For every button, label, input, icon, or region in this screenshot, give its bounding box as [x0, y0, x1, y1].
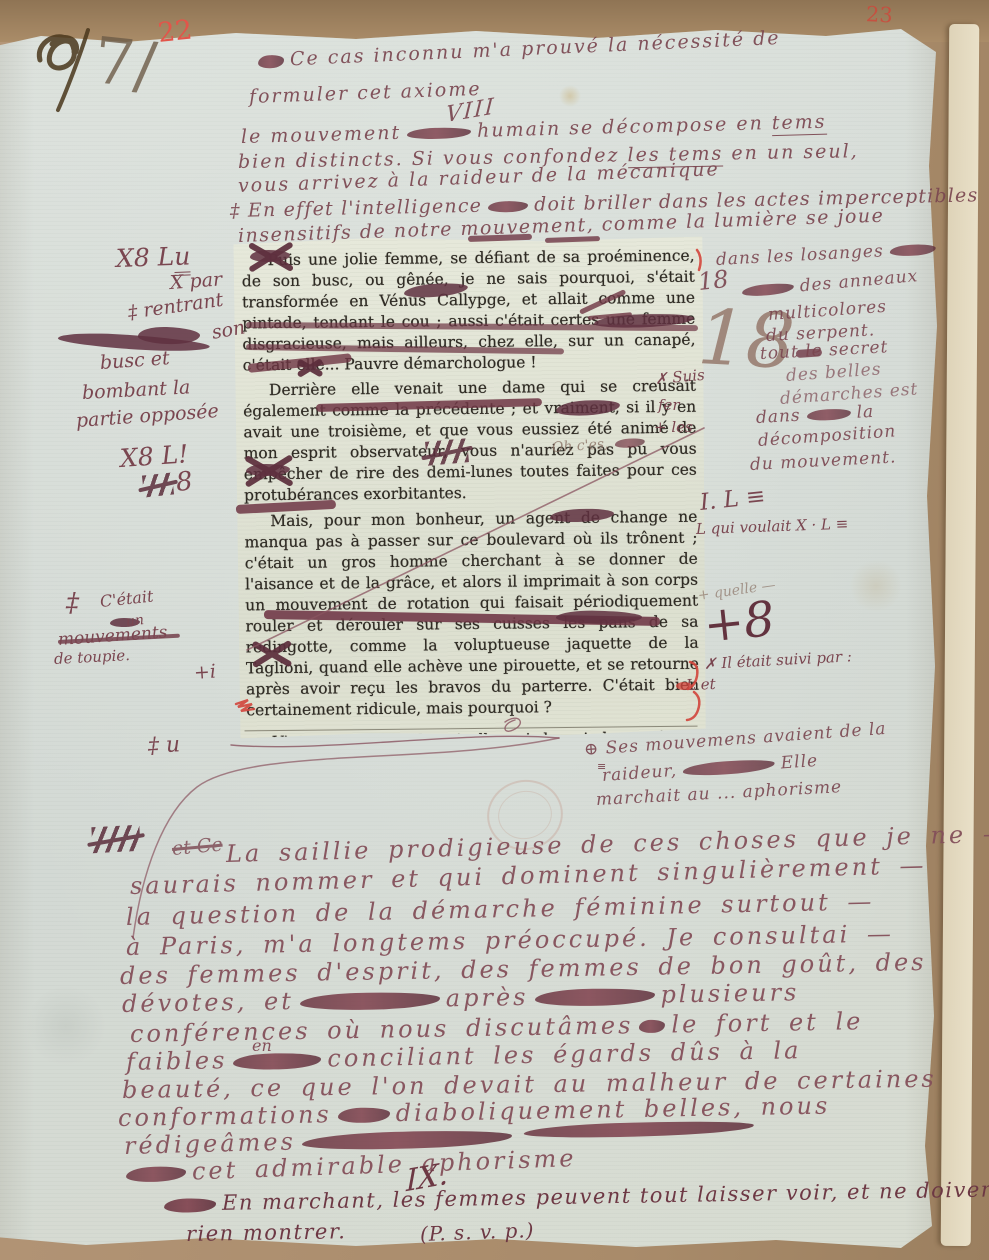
correction-x [250, 642, 294, 663]
correction-x [296, 356, 324, 376]
ink-blot [523, 1120, 753, 1140]
ink-blot [126, 1166, 186, 1183]
pencil-number: 7/ [90, 24, 160, 104]
insertion-mark [425, 438, 469, 466]
ink-blot [534, 988, 654, 1007]
handwritten-line: rien montrer. [186, 1219, 347, 1246]
proof-mark: 8 [174, 466, 194, 498]
struck-words: et Ce [171, 834, 223, 860]
ink-blot [806, 408, 851, 421]
ink-blot [488, 200, 528, 212]
folio-number-left: 22 [156, 14, 193, 48]
proof-mark: fer [658, 396, 680, 414]
proof-mark: +i [193, 660, 216, 683]
ink-blot [407, 126, 471, 139]
scanned-manuscript-page: 22 23 7/ Ce cas inconnu m'a prouvé la né… [0, 0, 989, 1260]
insertion-mark [142, 472, 174, 497]
ink-blot [742, 282, 795, 297]
ink-blot [683, 758, 776, 777]
ink-blot [614, 437, 645, 448]
insertion-mark [91, 825, 140, 853]
ink-blot [233, 1052, 321, 1070]
ink-blot [639, 1020, 665, 1033]
folio-number-right: 23 [865, 2, 893, 27]
ink-blot [258, 54, 285, 68]
proof-mark: + les [654, 418, 693, 436]
proof-mark: +8 [701, 591, 777, 654]
ink-blot [889, 243, 936, 256]
proof-mark: X8 Lu [115, 241, 190, 273]
printed-proof-slip: Puis une jolie femme, se défiant de sa p… [233, 235, 707, 739]
torn-page-edge [941, 24, 980, 1246]
proof-mark: ‡ u [147, 732, 180, 759]
ink-blot [300, 991, 440, 1010]
ink-blot [164, 1197, 216, 1212]
handwritten-line: (P. s. v. p.) [420, 1218, 535, 1246]
margin-note: L et [686, 675, 716, 694]
ink-blot [338, 1107, 390, 1123]
proof-mark: ‡ [66, 588, 79, 618]
